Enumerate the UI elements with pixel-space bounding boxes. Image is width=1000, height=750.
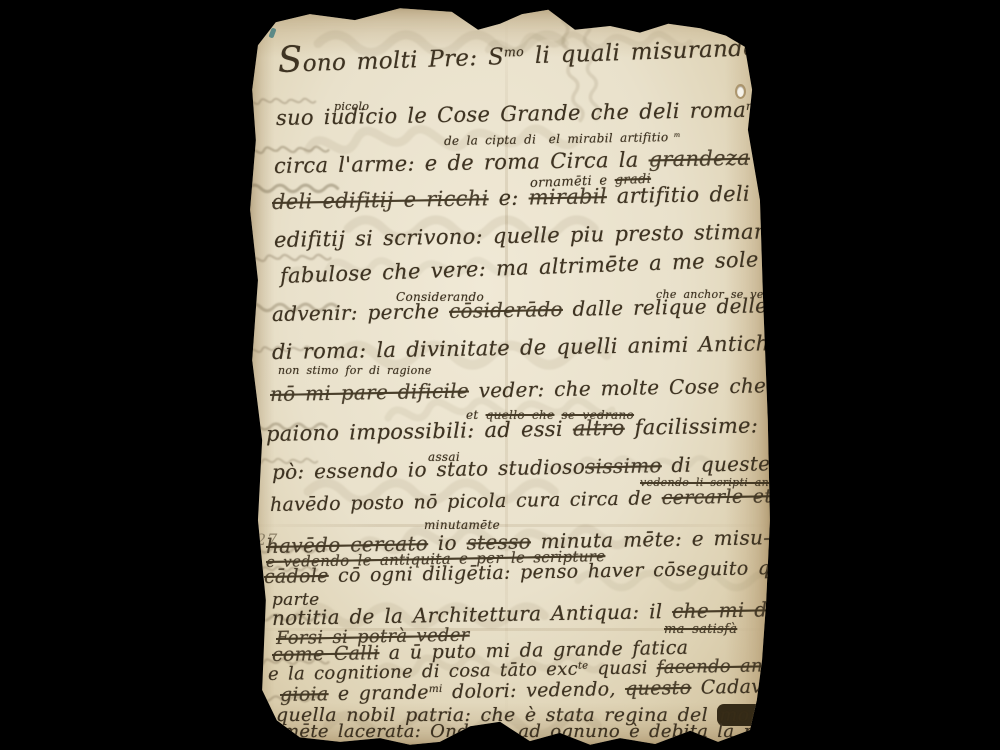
handwritten-line: di roma: la divinitate de quelli animi A…	[272, 331, 784, 364]
struck-text: deli edifitij e ricchi	[272, 186, 489, 214]
ink-text: m	[668, 131, 680, 139]
ink-text: e	[824, 558, 831, 570]
struck-text: che mi dona	[672, 597, 805, 623]
struck-text: altro	[573, 416, 625, 441]
ink-text: artifitio deli	[607, 182, 751, 208]
struck-text: cādole	[264, 565, 329, 588]
handwritten-line: fabulose che vere: ma altrimēte a me sol…	[280, 247, 759, 288]
ink-text: ni	[746, 99, 758, 113]
ink-text: quasi	[588, 657, 657, 679]
ink-text: notitia de la Architettura Antiqua: il	[272, 599, 673, 630]
struck-text: grandeza	[648, 146, 750, 172]
ink-text: di queste antiqtate: e	[662, 449, 904, 477]
ink-text: facilissime:	[625, 413, 759, 439]
handwritten-line: pò: essendo io stato studiososissimo di …	[272, 449, 904, 484]
struck-text: sissimo	[585, 453, 662, 478]
struck-text: mirabil	[528, 184, 607, 209]
ink-text: de la cipta di el mirabil artifitio	[444, 130, 669, 148]
handwritten-line: nō mi pare dificile veder: che molte Cos…	[270, 372, 830, 406]
handwritten-line: edifitij si scrivono: quelle piu presto …	[274, 219, 781, 252]
ink-text: havēdo posto nō picola cura circa de	[270, 487, 662, 516]
ink-text: Cadavero di	[691, 675, 823, 699]
struck-text: gioia	[280, 683, 329, 706]
ink-text: non stimo for di ragione	[278, 364, 432, 377]
handwritten-line: havēdo posto nō picola cura circa de cer…	[270, 483, 883, 516]
ink-text: pò: essendo io stato studioso	[272, 455, 585, 484]
struck-text: questo	[625, 677, 692, 700]
ink-text: la	[855, 483, 883, 505]
handwritten-line: advenir: perche cōsiderādo dalle relique…	[272, 292, 821, 326]
ink-text: S	[277, 39, 303, 81]
struck-text: facendo anatomia	[657, 654, 828, 678]
ink-text: paiono impossibili: ad essi	[266, 417, 573, 446]
ink-text: di roma: la divinitate de quelli animi A…	[272, 331, 784, 364]
struck-text: ma satisfà	[664, 622, 737, 637]
handwritten-line: deli edifitij e ricchi e: mirabil artifi…	[272, 182, 750, 214]
blue-ink-speck	[268, 27, 276, 38]
photo-background: 27 Sono molti Pre: Smo li quali misurand…	[0, 0, 1000, 750]
ink-text: advenir: perche	[272, 299, 449, 326]
struck-text: cercarle et vederle	[662, 484, 856, 509]
ink-text: veder: che molte Cose che a noi	[469, 372, 830, 402]
handwritten-line: ma satisfà	[664, 622, 737, 637]
struck-text: nō mi pare dificile	[270, 379, 469, 406]
ink-text: dalle relique delle rui	[563, 293, 807, 321]
ink-text: do: così misera	[764, 704, 920, 726]
handwritten-line: paiono impossibili: ad essi altro facili…	[266, 413, 759, 446]
handwritten-line: de la cipta di el mirabil artifitio m	[444, 130, 681, 148]
ink-text: edifitij si scrivono: quelle piu presto …	[274, 219, 781, 252]
handwritten-line: non stimo for di ragione	[278, 364, 432, 377]
ink-text: mo	[504, 44, 525, 60]
ink-text: mi	[429, 683, 443, 695]
handwritten-line: mēte lacerata: Onde se ad ognuno è debit…	[282, 721, 869, 742]
manuscript-page: 27 Sono molti Pre: Smo li quali misurand…	[248, 6, 772, 747]
ink-text: dolori: vedendo,	[442, 678, 625, 703]
ink-text: del	[827, 654, 865, 676]
ink-text: fabulose che vere: ma altrimēte a me sol…	[280, 247, 759, 288]
ink-text: mēte lacerata: Onde se ad ognuno è debit…	[282, 721, 869, 742]
paper-hole	[737, 86, 744, 97]
ink-text: li quali misurando col	[524, 34, 804, 70]
ink-text: ono molti Pre: S	[302, 44, 504, 77]
ink-text: e:	[488, 186, 528, 211]
struck-text: cōsiderādo	[449, 297, 563, 323]
handwritten-line: circa l'arme: e de roma Circa la grandez…	[274, 146, 750, 178]
ink-text: e grande	[328, 681, 429, 705]
ink-text: ne	[807, 295, 821, 308]
handwritten-line: Sono molti Pre: Smo li quali misurando c…	[278, 34, 804, 78]
